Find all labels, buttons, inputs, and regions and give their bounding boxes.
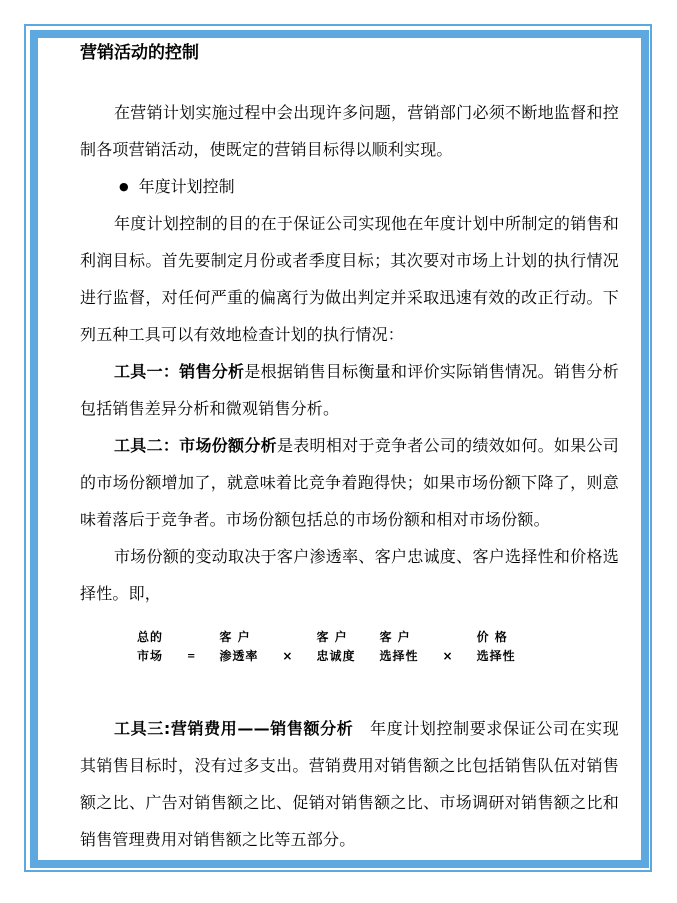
paragraph-intro: 在营销计划实施过程中会出现许多问题，营销部门必须不断地监督和控制各项营销活动，使…	[80, 94, 619, 168]
paragraph-tool-one-sales-analysis: 工具一：销售分析是根据销售目标衡量和评价实际销售情况。销售分析包括销售差异分析和…	[80, 353, 619, 427]
bullet-label: 年度计划控制	[139, 177, 235, 196]
document-content: 营销活动的控制 在营销计划实施过程中会出现许多问题，营销部门必须不断地监督和控制…	[38, 40, 641, 860]
bullet-item-annual-plan-control: ●年度计划控制	[80, 168, 619, 205]
formula-term-customer-penetration: 客 户渗透率	[219, 628, 258, 666]
formula-term-bottom: 选择性	[477, 647, 516, 666]
formula-term-price-selectivity: 价 格选择性	[477, 628, 516, 666]
paragraph-text: 年度计划控制要求保证公司在实现其销售目标时，没有过多支出。营销费用对销售额之比包…	[80, 719, 619, 849]
bullet-icon: ●	[119, 180, 129, 193]
formula-term-customer-selectivity: 客 户选择性	[380, 628, 419, 666]
formula-term-top: 客 户	[316, 628, 355, 647]
formula-term-bottom: 忠诚度	[316, 647, 355, 666]
paragraph-tool-two-market-share-analysis: 工具二：市场份额分析是表明相对于竞争者公司的绩效如何。如果公司的市场份额增加了，…	[80, 427, 619, 538]
paragraph-annual-plan-control: 年度计划控制的目的在于保证公司实现他在年度计划中所制定的销售和利润目标。首先要制…	[80, 205, 619, 353]
multiply-sign: ×	[443, 646, 453, 666]
paragraph-tool-three-expense-sales-analysis: 工具三:营销费用——销售额分析 年度计划控制要求保证公司在实现其销售目标时，没有…	[80, 710, 619, 858]
formula-term-bottom: 选择性	[380, 647, 419, 666]
formula-term-top: 客 户	[219, 628, 258, 647]
formula-term-total-market: 总的市场	[137, 628, 163, 666]
formula-term-bottom: 渗透率	[219, 647, 258, 666]
paragraph-market-share-factors: 市场份额的变动取决于客户渗透率、客户忠诚度、客户选择性和价格选择性。即，	[80, 538, 619, 612]
document-page: { "colors": { "border_blue": "#5EA8E0" }…	[0, 0, 677, 903]
multiply-sign: ×	[282, 646, 292, 666]
paragraph-text: 在营销计划实施过程中会出现许多问题，营销部门必须不断地监督和控制各项营销活动，使…	[80, 103, 619, 159]
paragraph-lead: 工具一：销售分析	[114, 362, 244, 381]
paragraph-text: 市场份额的变动取决于客户渗透率、客户忠诚度、客户选择性和价格选择性。即，	[80, 547, 619, 603]
formula-term-top: 价 格	[477, 628, 516, 647]
formula-term-customer-loyalty: 客 户忠诚度	[316, 628, 355, 666]
paragraph-lead: 工具二：市场份额分析	[114, 436, 277, 455]
formula-term-top: 总的	[137, 628, 163, 647]
paragraph-text: 年度计划控制的目的在于保证公司实现他在年度计划中所制定的销售和利润目标。首先要制…	[80, 214, 619, 344]
market-share-formula: 总的市场 = 客 户渗透率 × 客 户忠诚度 客 户选择性 × 价 格选择性	[137, 626, 619, 666]
paragraph-lead: 工具三:营销费用——销售额分析	[114, 719, 353, 738]
page-title: 营销活动的控制	[80, 42, 619, 64]
formula-term-bottom: 市场	[137, 647, 163, 666]
formula-term-top: 客 户	[380, 628, 419, 647]
equals-sign: =	[187, 648, 195, 666]
